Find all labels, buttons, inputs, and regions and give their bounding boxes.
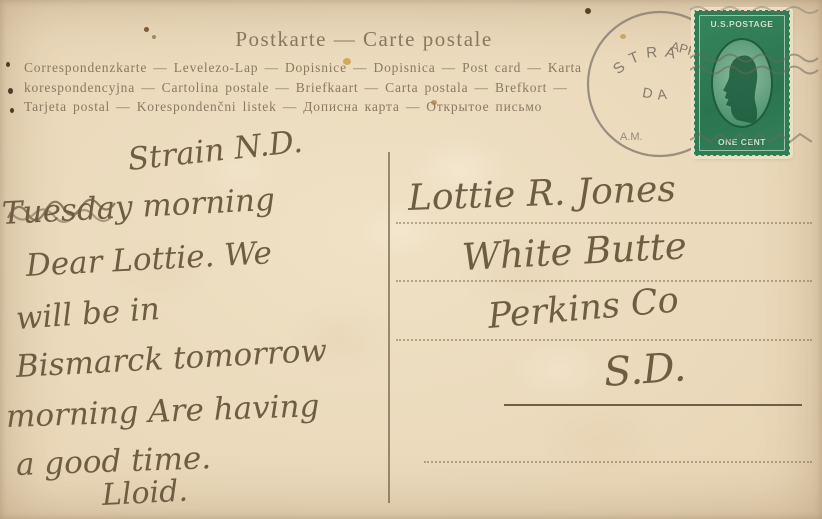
message-signature: Lloid. xyxy=(101,474,189,513)
address-rule-4 xyxy=(424,461,812,463)
svg-text:DA: DA xyxy=(641,84,673,103)
foxing-spot xyxy=(144,27,149,32)
address-line-county: Perkins Co xyxy=(486,280,680,337)
message-line-3: will be in xyxy=(15,291,161,337)
address-rule-2 xyxy=(396,280,812,282)
multilingual-line-3: Tarjeta postal — Korespondenčni listek —… xyxy=(24,99,542,115)
address-line-town: White Butte xyxy=(461,224,688,279)
foxing-spot xyxy=(152,35,156,39)
message-line-4: Bismarck tomorrow xyxy=(15,333,328,385)
ink-speck xyxy=(8,88,13,94)
ink-speck xyxy=(10,108,14,113)
multilingual-line-2: korespondencyjna — Cartolina postale — B… xyxy=(24,80,568,96)
ink-speck xyxy=(6,62,10,67)
printed-heading: Postkarte — Carte postale xyxy=(214,27,514,52)
address-rule-1 xyxy=(396,222,812,224)
svg-text:A.M.: A.M. xyxy=(620,131,643,143)
multilingual-line-1: Correspondenzkarte — Levelezo-Lap — Dopi… xyxy=(24,60,582,76)
address-rule-3 xyxy=(396,339,812,341)
message-line-dateline: Strain N.D. xyxy=(126,124,304,178)
postcard-back: Postkarte — Carte postale Correspondenzk… xyxy=(0,0,822,519)
scribble-overlay xyxy=(0,186,150,236)
address-line-state: S.D. xyxy=(602,344,687,396)
address-line-name: Lottie R. Jones xyxy=(407,169,676,219)
address-underline-sd xyxy=(504,404,802,406)
message-line-5: morning Are having xyxy=(5,388,320,435)
center-divider-line xyxy=(388,152,390,503)
message-line-salutation: Dear Lottie. We xyxy=(25,235,273,284)
cancellation-bars-icon xyxy=(690,0,822,160)
